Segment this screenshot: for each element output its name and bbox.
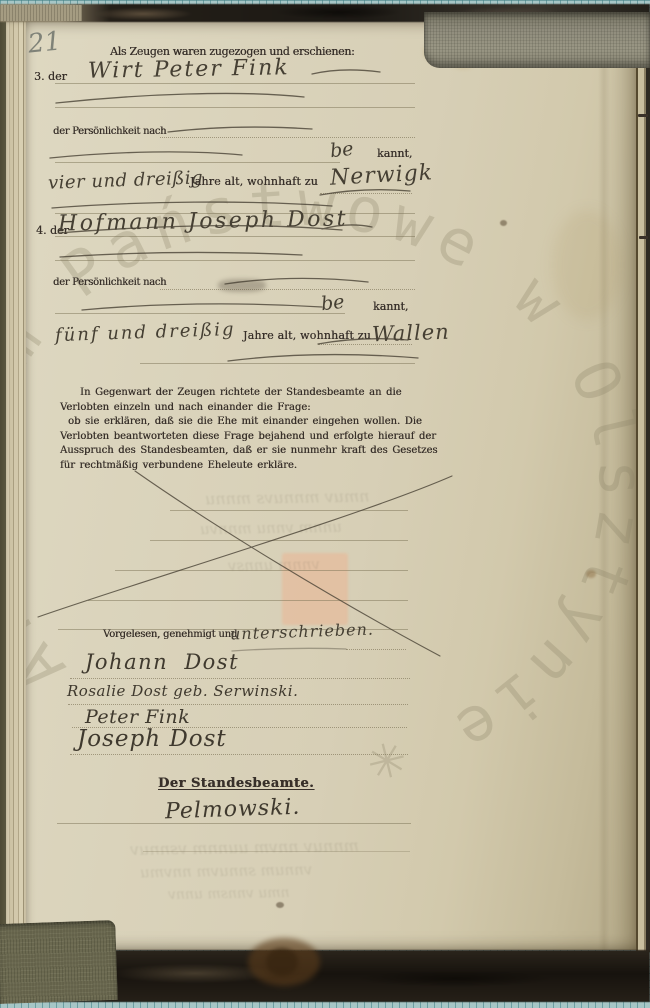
flourish-stroke [60, 252, 302, 257]
flourish-stroke [58, 226, 342, 233]
flourish-stroke [52, 202, 332, 208]
stain [552, 210, 622, 320]
stain [500, 220, 507, 226]
stain [276, 902, 284, 908]
registry-book-photo: Archiwum Państwowe w Olsztynie ✳ nmuv mn… [0, 0, 650, 1008]
stain [586, 570, 596, 578]
flourish-stroke [56, 93, 304, 103]
entry3-dash-stroke [312, 70, 380, 74]
flourish-stroke [225, 278, 368, 284]
flourish-stroke [82, 304, 322, 310]
handwritten-strokes [0, 0, 650, 1008]
book-spine-cloth [424, 12, 650, 68]
edge-mark [639, 236, 648, 239]
book-cover-corner-top-left [0, 5, 82, 21]
residence-underline-stroke [320, 190, 410, 195]
stain [266, 948, 298, 976]
edge-mark [638, 114, 648, 117]
cancellation-cross-stroke-1 [38, 476, 452, 617]
flourish-stroke [50, 152, 242, 158]
book-cover-corner-bottom-left [0, 920, 118, 1004]
flourish-stroke [232, 648, 346, 651]
flourish-stroke [168, 127, 312, 132]
residence-underline-stroke [318, 339, 408, 344]
flourish-stroke [228, 355, 418, 361]
